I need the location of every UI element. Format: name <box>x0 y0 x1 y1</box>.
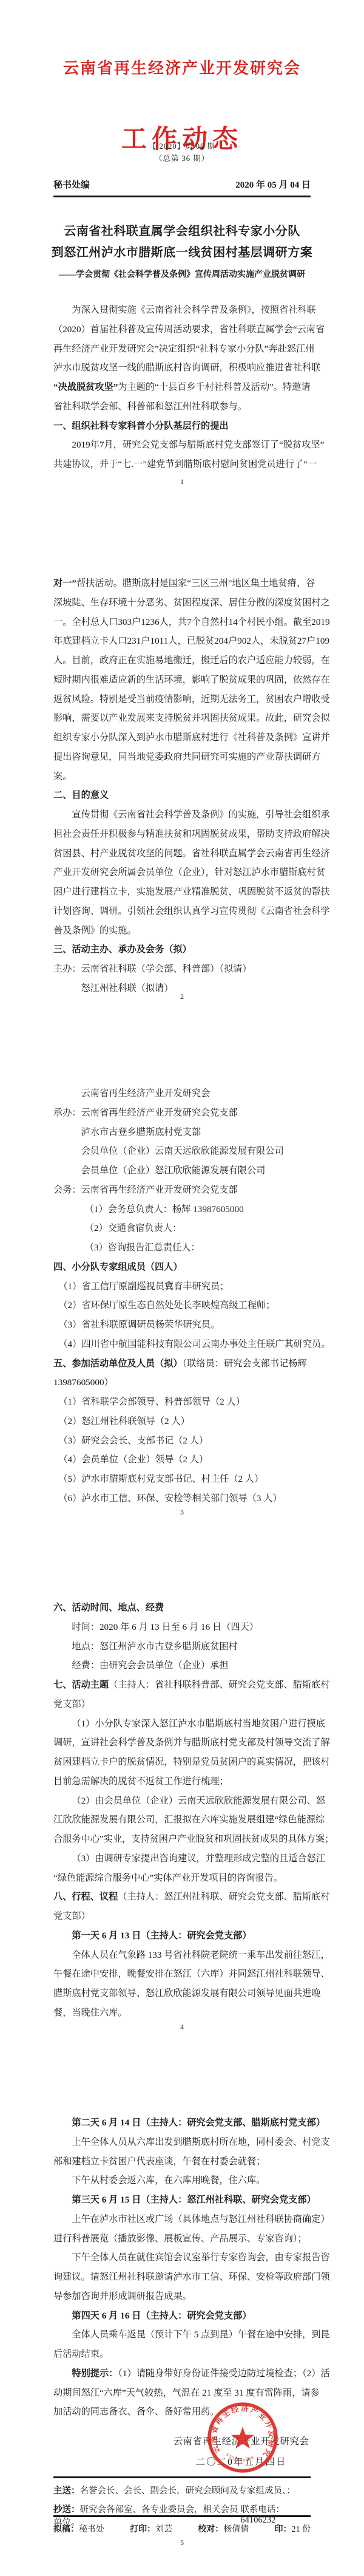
text-line: 2019年7月，研究会党支部与腊斯底村党支部签订了“脱贫攻坚” <box>53 435 314 455</box>
issue-total-number: （总第 36 期） <box>0 152 364 163</box>
text-line: 案。 <box>53 767 314 786</box>
text-line: 会务：云南省再生经济产业开发研究会党支部 <box>53 1181 314 1200</box>
text-line: 三、活动主办、承办及会务（拟） <box>53 940 314 959</box>
text-line: 党支部） <box>53 1695 314 1714</box>
text-line: 第一天 6 月 13 日（主持人：研究会党支部） <box>53 1926 314 1946</box>
text-line: （2）由会员单位（企业）云南天远欣欣能源发展有限公司、怒 <box>53 1791 314 1811</box>
text-line: 二、目的意义 <box>53 786 314 805</box>
text-line: 产业开发研究会所属会员单位（企业），针对怒江泸水市腊斯底村贫 <box>53 863 314 882</box>
masthead-org-name: 云南省再生经济产业开发研究会 <box>0 56 364 78</box>
text-line: 全体人员乘车返昆（预计下午 5 点到昆）午餐在途中安排，到昆 <box>53 2325 314 2345</box>
text-line: 会员单位（企业）云南天远欣欣能源发展有限公司 <box>53 1142 314 1161</box>
text-line: 普及条例》的实施。 <box>53 921 314 941</box>
text-line: （2020）首届社科普及宣传周活动要求，省社科联直属学会“云南省 <box>53 320 314 339</box>
main-send-label: 主送： <box>53 2486 80 2496</box>
text-line: 特别提示：（1）请随身带好身份证件接受边防过境检查；（2）活 <box>53 2364 314 2383</box>
print-value: 刘芸 <box>155 2525 172 2534</box>
text-line: （1）小分队专家深入怒江泸水市腊斯底村当地贫困户进行摸底 <box>53 1714 314 1734</box>
text-line: 经费：由研究会会员单位（企业）承担 <box>53 1656 314 1675</box>
text-line: 一。全村总人口303户1236人，共7个自然村14个村民小组。截至2019 <box>53 613 314 632</box>
page-number-2: 2 <box>0 992 364 1001</box>
text-line: 担社会责任并积极参与精准扶贫和巩固脱贫成果，帮助支持政府解决 <box>53 825 314 844</box>
text-line: 四、小分队专家组成员（四人） <box>53 1258 314 1277</box>
text-line: 贫困建档立卡户的脱贫情况，特别是党员贫困户的真实情况，把该村 <box>53 1753 314 1772</box>
text-line: （2）省环保厅原生态自然处处长李映煌高级工程师； <box>53 1296 314 1315</box>
text-line: （3）咨询报告汇总责任人： <box>53 1238 314 1258</box>
text-line: 泸水市古登乡腊斯底村党支部 <box>53 1123 314 1142</box>
text-line: 餐，当晚住六库。 <box>53 2003 314 2023</box>
draft-label: 拟稿： <box>53 2525 79 2534</box>
text-line: 短时期内很难适应新的生活环境，影响了脱贫成果的巩固，依然存在 <box>53 670 314 690</box>
proof-label: 校对： <box>198 2525 223 2534</box>
print-label: 打印： <box>130 2525 155 2534</box>
text-line: 后活动结束。 <box>53 2345 314 2364</box>
text-line: 上午在泸水市社区或广场（具体地点与怒江州社科联协商确定） <box>53 2210 314 2229</box>
page-1-body: 为深入贯彻实施《云南省社会科学普及条例》，按照省社科联（2020）首届社科普及宣… <box>53 301 314 474</box>
text-line: （5）泸水市腊斯底村党支部书记、村主任（2 人） <box>53 1470 314 1489</box>
text-line: 对一”帮扶活动。腊斯底村是国家“三区三州”地区集土地贫瘠、谷 <box>53 574 314 593</box>
doc-title-line1: 云南省社科联直属学会组织社科专家小分队 <box>0 221 364 239</box>
text-line: 询建议。请怒江州社科联邀请泸水市工信、环保、安检等政府部门领 <box>53 2268 314 2287</box>
seal-number-text: 5301000442 <box>225 2453 255 2463</box>
text-line: 承办：云南省再生经济产业开发研究会党支部 <box>53 1103 314 1123</box>
text-line: （3）由调研专家提出咨询建议，并整理形成完整的且适合怒江 <box>53 1849 314 1869</box>
text-line: 六、活动时间、地点、经费 <box>53 1598 314 1618</box>
text-line: 七、活动主题（主持人：省社科联科普部、研究会党支部、腊斯底村 <box>53 1675 314 1695</box>
text-line: 江欣欣能源发展有限公司，汇报拟在六库实施发展组建“绿色能源综 <box>53 1810 314 1830</box>
text-line: 八、行程、议程（主持人：怒江州社科联、研究会党支部、腊斯底村 <box>53 1887 314 1907</box>
copies-count: 印：21 份 <box>274 2523 311 2535</box>
header-rule <box>53 196 311 197</box>
text-line: 腊斯底村党支部领导、怒江欣欣能源发展有限公司领导见面共进晚 <box>53 1984 314 2003</box>
page-3-body: 云南省再生经济产业开发研究会承办：云南省再生经济产业开发研究会党支部泸水市古登乡… <box>53 1084 314 1508</box>
text-line: 目前急需解决的脱贫不返贫工作进行梳理； <box>53 1772 314 1791</box>
text-line: （1）省工信厅原副巡视员冀育丰研究员； <box>53 1277 314 1297</box>
text-line: 困户进行建档立卡，实施发展产业精准脱贫，巩固脱贫不返贫的帮扶 <box>53 882 314 902</box>
main-send-line: 主送：名誉会长、会长、副会长，研究会顾问及专家组成员、： <box>53 2484 311 2496</box>
proof-value: 杨倩倩 <box>223 2525 249 2534</box>
text-line: （2）交通食宿负责人： <box>53 1219 314 1238</box>
text-line: 进行科普展览（播放影像、展板宣传、产品展示、专家咨询）； <box>53 2229 314 2249</box>
text-line: “决战脱贫攻坚”为主题的“十县百乡千村社科普及活动”。特邀请 <box>53 378 314 397</box>
text-line: （2）怒江州社科联领导（2 人） <box>53 1412 314 1431</box>
copy-send-label: 抄送： <box>53 2505 80 2515</box>
text-line: 下午全体人员在就住宾馆会议室举行专家咨询会，由专家报告咨 <box>53 2248 314 2268</box>
page-number-4: 4 <box>0 2023 364 2032</box>
text-line: 13987605000） <box>53 1373 314 1392</box>
main-send-value: 名誉会长、会长、副会长，研究会顾问及专家组成员、： <box>80 2486 295 2496</box>
text-line: 调研，宣讲社会科学普及条例并与腊斯底村党支部及村领导交流了解 <box>53 1733 314 1753</box>
text-line: 影响，需要以产业发展来支持脱贫并巩固扶贫成果。故此，研究会拟 <box>53 709 314 728</box>
text-line: 党支部） <box>53 1907 314 1926</box>
text-line: 再生经济产业开发研究会”决定组织“社科专家小分队”奔赴怒江州 <box>53 339 314 359</box>
text-line: （4）四川省中航国能科技有限公司云南办事处主任联广其研究员。 <box>53 1335 314 1354</box>
page-4-body: 六、活动时间、地点、经费时间：2020 年 6 月 13 日至 6 月 16 日… <box>53 1598 314 2023</box>
text-line: “绿色能源综合服务中心”实体产业开发项目的咨询报告。 <box>53 1869 314 1888</box>
copies-label: 印： <box>274 2525 291 2534</box>
doc-subtitle: ——学会贯彻《社会科学普及条例》宣传周活动实施产业脱贫调研 <box>0 268 364 280</box>
printed-by: 打印：刘芸 <box>130 2523 172 2535</box>
text-line: 人。目前，政府正在实施易地搬迁，搬迁后的农户适应能力较弱，在 <box>53 651 314 670</box>
svg-text:5301000442: 5301000442 <box>225 2453 255 2463</box>
issue-date: 2020 年 05 月 04 日 <box>235 178 311 191</box>
text-line: （1）会务总负责人：杨辉 13987605000 <box>53 1200 314 1219</box>
text-line: 一、组织社科专家科普小分队基层行的提出 <box>53 417 314 436</box>
credits-row: 拟稿：秘书处 打印：刘芸 校对：杨倩倩 印：21 份 <box>53 2523 311 2535</box>
issue-number: 【 2020】第 08 期 <box>0 140 364 151</box>
text-line: 为深入贯彻实施《云南省社会科学普及条例》，按照省社科联 <box>53 301 314 320</box>
text-line: 省社科联学会部、科普部和怒江州社科联参与。 <box>53 397 314 417</box>
text-line: 合服务中心”实业，支持贫困户产业脱贫和巩固扶贫成果的具体方案； <box>53 1830 314 1849</box>
page-number-1: 1 <box>0 477 364 486</box>
page-2-body: 对一”帮扶活动。腊斯底村是国家“三区三州”地区集土地贫瘠、谷深坡陡、生存环境十分… <box>53 574 314 998</box>
text-line: 第三天 6 月 15 日（主持人：怒江州社科联、研究会党支部） <box>53 2190 314 2210</box>
text-line: （3）省社科联原调研员杨荣华研究员。 <box>53 1315 314 1335</box>
text-line: 返贫风险。特别是受当前疫情影响，近期无法务工，贫困农户增收受 <box>53 690 314 709</box>
editor-label: 秘书处编 <box>53 178 90 191</box>
text-line: 五、参加活动单位及人员（拟）（联络员：研究会支部书记杨辉 <box>53 1354 314 1374</box>
text-line: 导参加咨询并形成调研报告成果。 <box>53 2287 314 2306</box>
text-line: 提出咨询意见，同当地党委政府共同研究可实施的产业帮扶调研方 <box>53 748 314 767</box>
page-number-3: 3 <box>0 1508 364 1517</box>
draft-by: 拟稿：秘书处 <box>53 2523 104 2535</box>
text-line: 贫困县、村产业脱贫攻坚的问题。省社科联直属学会云南省再生经济 <box>53 844 314 864</box>
text-line: 午餐在途中安排，晚餐安排在怒江（六库）并同怒江州社科联领导、 <box>53 1964 314 1984</box>
text-line: 第二天 6 月 14 日（主持人：研究会党支部、腊斯底村党支部） <box>53 2113 314 2133</box>
page-5-body: 第二天 6 月 14 日（主持人：研究会党支部、腊斯底村党支部）上午全体人员从六… <box>53 2113 314 2422</box>
copies-value: 21 份 <box>291 2525 311 2534</box>
text-line: 会员单位（企业）怒江欣欣能源发展有限公司 <box>53 1161 314 1181</box>
text-line: （1）省科联学会部领导、科普部领导（2 人） <box>53 1392 314 1412</box>
page-number-5: 5 <box>0 2538 364 2547</box>
text-line: 计划咨询、调研。引领社会组织认真学习宣传贯彻《云南省社会科学 <box>53 902 314 921</box>
text-line: 地点：怒江州泸水市古登乡腊斯底贫困村 <box>53 1637 314 1657</box>
text-line: 宣传贯彻《云南省社会科学普及条例》的实施，引导社会组织承 <box>53 805 314 825</box>
scanned-bulletin-document: 云南省再生经济产业开发研究会 工作动态 【 2020】第 08 期 （总第 36… <box>0 0 364 2576</box>
text-line: （6）泸水市工信、环保、安检等相关部门领导（3 人） <box>53 1489 314 1508</box>
official-seal: 云南省再生经济产业开发研究会 5301000442 <box>200 2395 285 2480</box>
text-line: 部和建档立卡贫困户代表座谈，午餐在村委会就餐； <box>53 2152 314 2172</box>
star-icon <box>231 2427 254 2448</box>
text-line: 组织专家小分队深入到泸水市腊斯底村进行《社科普及条例》宣讲并 <box>53 728 314 748</box>
text-line: 时间：2020 年 6 月 13 日至 6 月 16 日（四天） <box>53 1618 314 1637</box>
text-line: 主办：云南省社科联（学会部、科普部）（拟请） <box>53 959 314 979</box>
text-line: 共建协议，并于“七.一”建党节到腊斯底村慰问贫困党员进行了“一 <box>53 455 314 474</box>
text-line: 全体人员在气象路 133 号省社科院老院统一乘车出发前往怒江， <box>53 1946 314 1965</box>
text-line: 泸水市脱贫攻坚一线的腊斯底村咨询调研，积极响应推进省社科联 <box>53 358 314 378</box>
text-line: 上午全体人员从六库出发到腊斯底村所在地，同村委会、村党支 <box>53 2133 314 2152</box>
text-line: （3）研究会会长、支部书记（2 人） <box>53 1431 314 1451</box>
text-line: 年底建档立卡人口231户1011人，已脱贫204户902人，未脱贫27户109 <box>53 632 314 651</box>
text-line: 深坡陡、生存环境十分恶劣、贫困程度深、居住分散的深度贫困村之 <box>53 593 314 613</box>
footer-rule-top <box>53 2476 311 2478</box>
text-line: 下午从村委会返六库，在六库用晚餐，住六库。 <box>53 2171 314 2190</box>
text-line: 云南省再生经济产业开发研究会 <box>53 1084 314 1103</box>
text-line: 第四天 6 月 16 日（主持人：研究会党支部） <box>53 2306 314 2326</box>
draft-value: 秘书处 <box>79 2525 104 2534</box>
footer-rule-bottom <box>53 2515 311 2517</box>
header-row: 秘书处编 2020 年 05 月 04 日 <box>53 178 311 191</box>
proofread-by: 校对：杨倩倩 <box>198 2523 249 2535</box>
doc-title-line2: 到怒江州泸水市腊斯底一线贫困村基层调研方案 <box>0 242 364 260</box>
text-line: （4）会员单位（企业）领导（2 人） <box>53 1450 314 1470</box>
